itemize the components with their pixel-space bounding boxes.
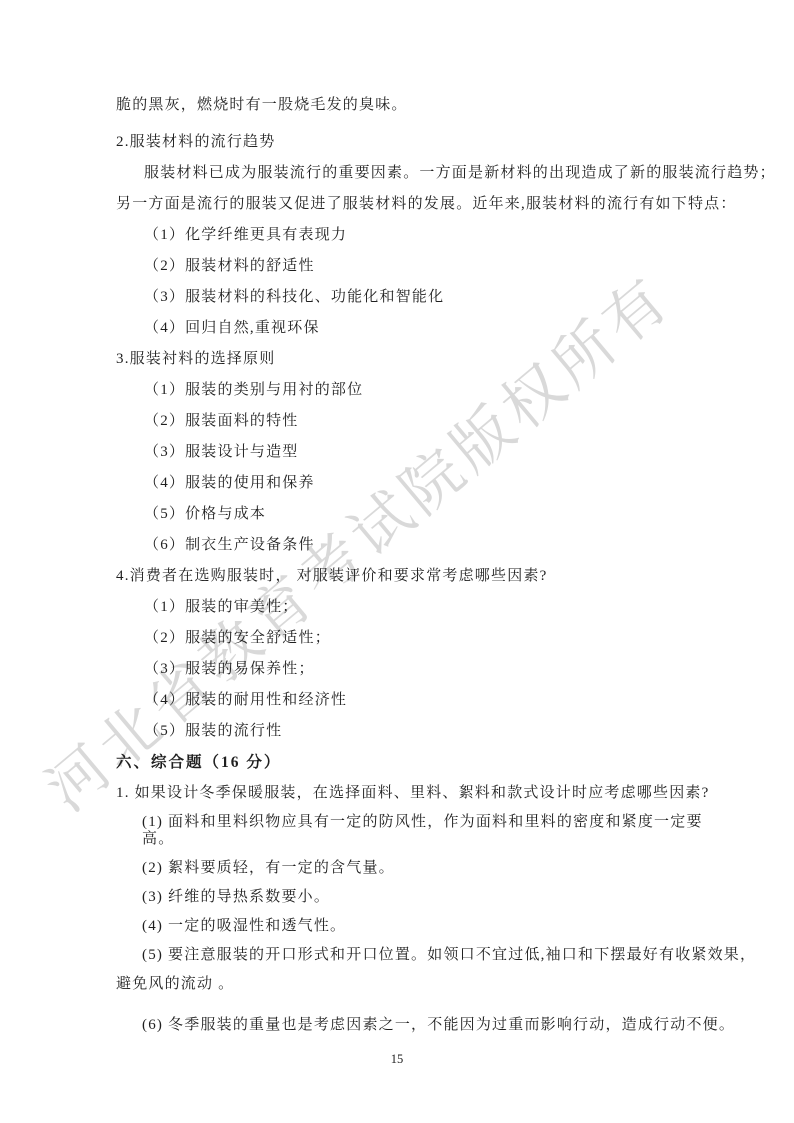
- list-item: （4）服装的使用和保养: [116, 475, 720, 492]
- list-item: (3) 纤维的导热系数要小。: [116, 889, 720, 906]
- list-item: （4）回归自然,重视环保: [116, 320, 720, 337]
- section2-heading: 2.服装材料的流行趋势: [116, 134, 720, 151]
- list-item: （3）服装的易保养性；: [116, 661, 720, 678]
- list-item: （6）制衣生产设备条件: [116, 537, 720, 554]
- list-item: (2) 絮料要质轻，有一定的含气量。: [116, 860, 720, 877]
- list-item: （5）价格与成本: [116, 506, 720, 523]
- list-item: （1）化学纤维更具有表现力: [116, 227, 720, 244]
- list-item: (5) 要注意服装的开口形式和开口位置。如领口不宜过低,袖口和下摆最好有收紧效果…: [116, 947, 720, 964]
- list-item: （3）服装设计与造型: [116, 444, 720, 461]
- document-body: 脆的黑灰，燃烧时有一股烧毛发的臭味。 2.服装材料的流行趋势 服装材料已成为服装…: [0, 0, 794, 1034]
- list-item: （3）服装材料的科技化、功能化和智能化: [116, 289, 720, 306]
- page-footer: 15: [0, 1052, 794, 1067]
- list-item: （1）服装的类别与用衬的部位: [116, 382, 720, 399]
- section2-paragraph-line2: 另一方面是流行的服装又促进了服装材料的发展。近年来,服装材料的流行有如下特点：: [116, 196, 720, 213]
- section6-heading: 六、综合题（16 分）: [116, 754, 720, 771]
- list-item: （2）服装的安全舒适性；: [116, 630, 720, 647]
- list-item: (6) 冬季服装的重量也是考虑因素之一，不能因为过重而影响行动，造成行动不便。: [116, 1017, 720, 1034]
- section2-paragraph-line1: 服装材料已成为服装流行的重要因素。一方面是新材料的出现造成了新的服装流行趋势；: [116, 165, 720, 182]
- list-item: （2）服装面料的特性: [116, 413, 720, 430]
- continuation-line: 脆的黑灰，燃烧时有一股烧毛发的臭味。: [116, 97, 720, 114]
- document-page: 河北省教育考试院版权所有 脆的黑灰，燃烧时有一股烧毛发的臭味。 2.服装材料的流…: [0, 0, 794, 1123]
- list-item: (1) 面料和里料织物应具有一定的防风性，作为面料和里料的密度和紧度一定要高。: [116, 814, 720, 848]
- section6-question: 1. 如果设计冬季保暖服装，在选择面料、里料、絮料和款式设计时应考虑哪些因素?: [116, 785, 720, 802]
- list-item: （1）服装的审美性；: [116, 599, 720, 616]
- section3-heading: 3.服装衬料的选择原则: [116, 351, 720, 368]
- list-item: (4) 一定的吸湿性和透气性。: [116, 918, 720, 935]
- list-item: （2）服装材料的舒适性: [116, 258, 720, 275]
- section4-heading: 4.消费者在选购服装时， 对服装评价和要求常考虑哪些因素?: [116, 568, 720, 585]
- page-number: 15: [391, 1052, 404, 1066]
- list-item: （4）服装的耐用性和经济性: [116, 692, 720, 709]
- list-item-continuation: 避免风的流动 。: [116, 976, 720, 993]
- list-item: （5）服装的流行性: [116, 723, 720, 740]
